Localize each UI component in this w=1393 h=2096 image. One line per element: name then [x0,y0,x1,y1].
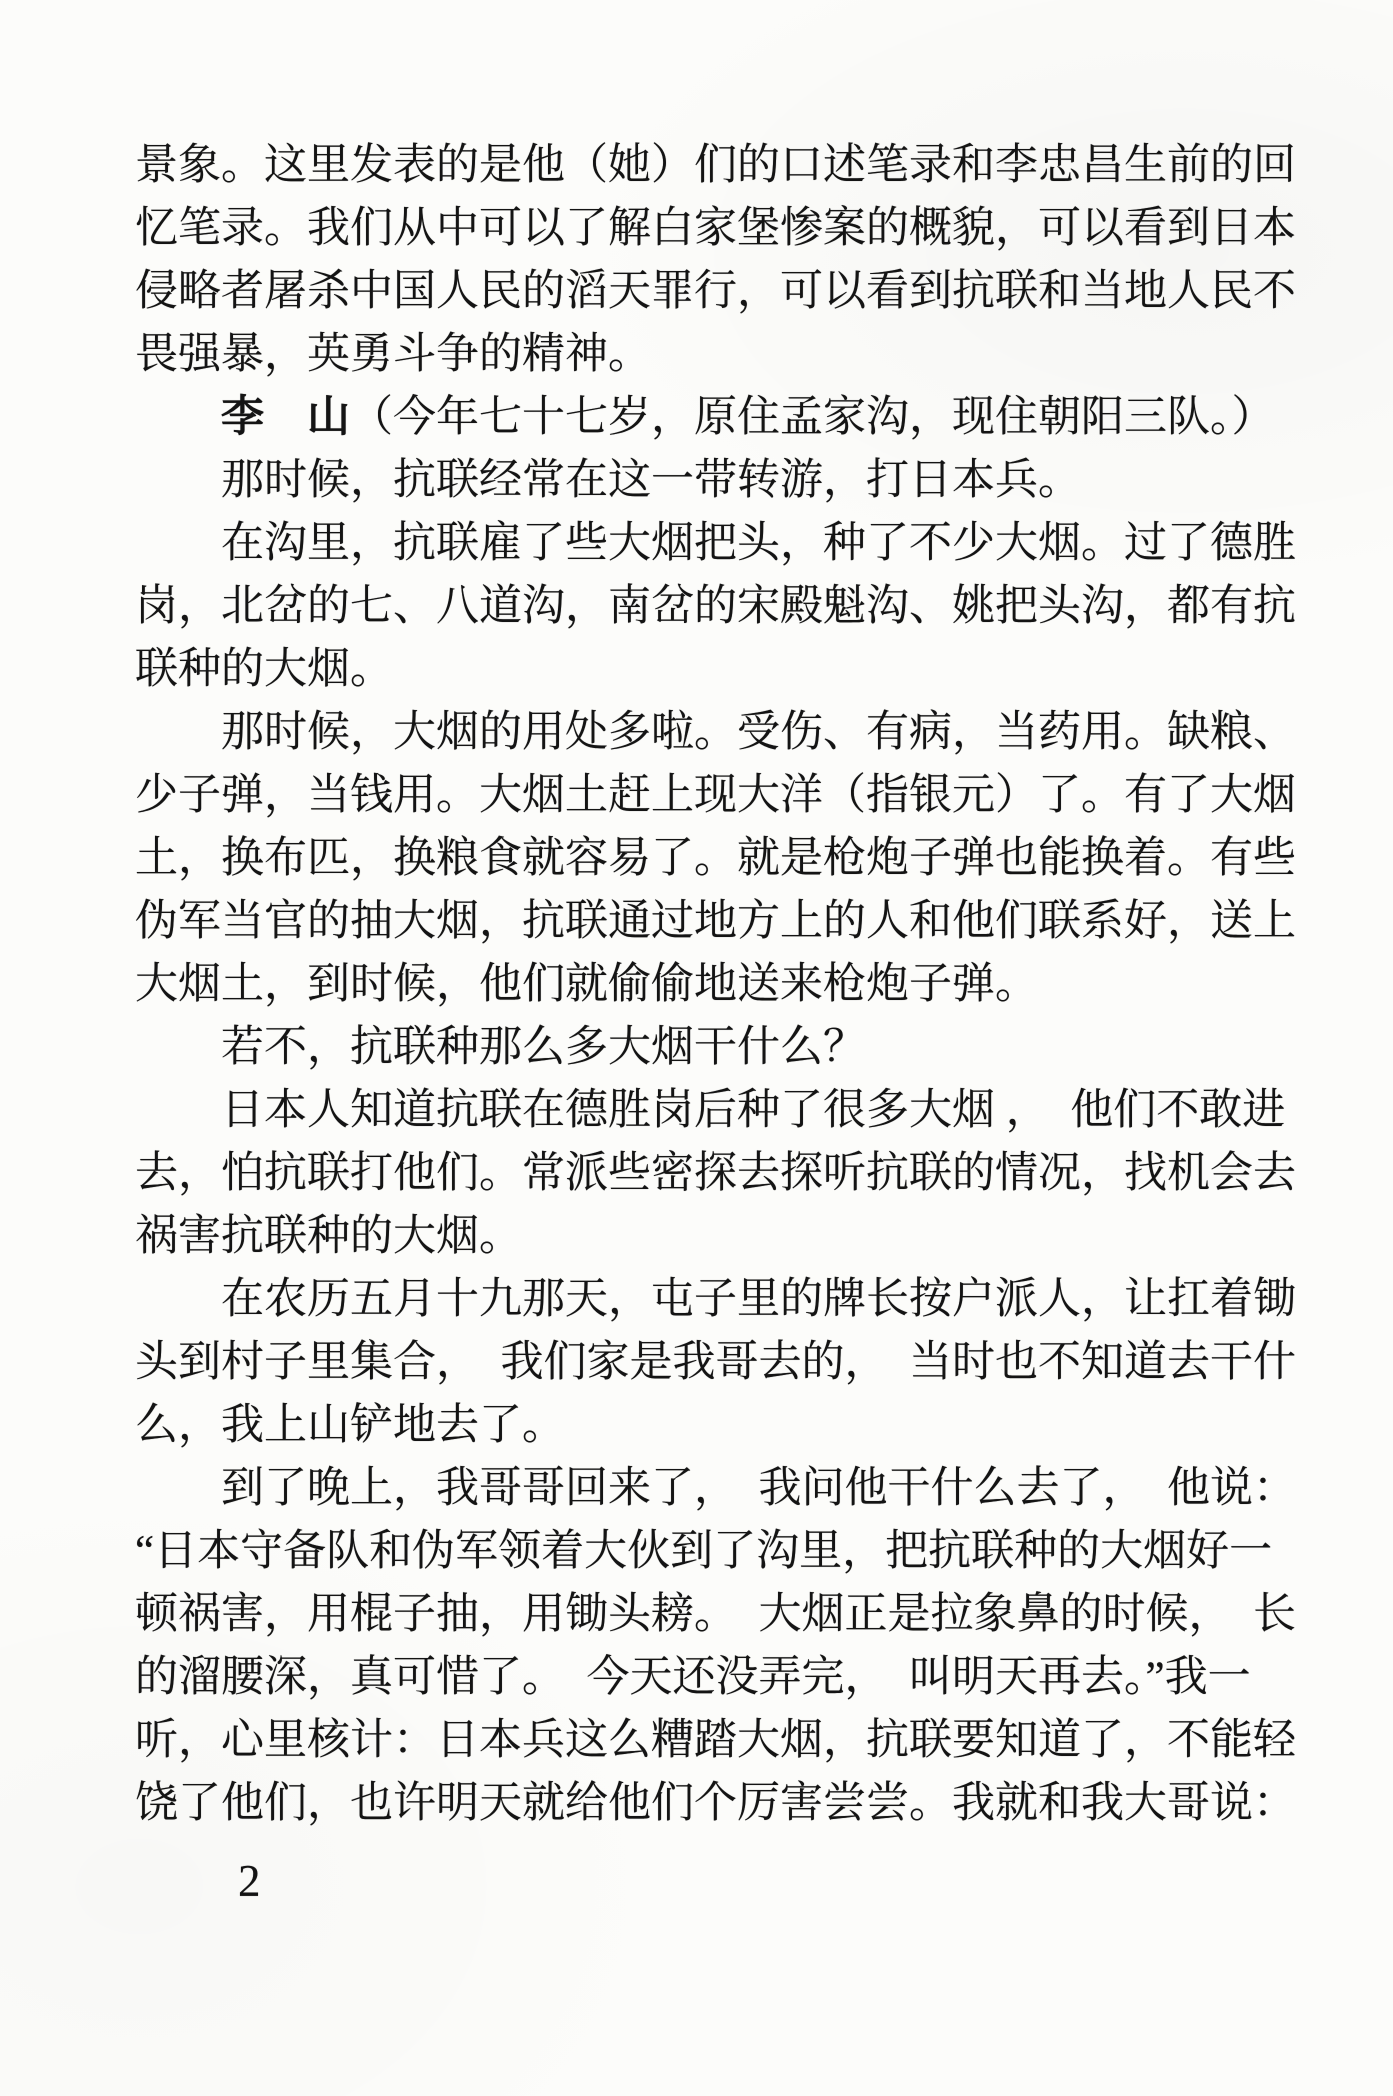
text-line: 大烟土，到时候，他们就偷偷地送来枪炮子弹。 [135,953,1310,1016]
text-line: 景象。这里发表的是他（她）们的口述笔录和李忠昌生前的回 [135,134,1310,197]
text-line: 到了晚上，我哥哥回来了， 我问他干什么去了， 他说： [135,1457,1310,1520]
text-line: 那时候，大烟的用处多啦。受伤、有病，当药用。缺粮、 [135,701,1310,764]
speaker-info: （今年七十七岁，原住孟家沟，现住朝阳三队。） [350,394,1275,441]
text-line: 饶了他们，也许明天就给他们个厉害尝尝。我就和我大哥说： [135,1772,1310,1835]
text-line: 伪军当官的抽大烟，抗联通过地方上的人和他们联系好，送上 [135,890,1310,953]
page-number: 2 [238,1851,261,1911]
text-line: 少子弹，当钱用。大烟土赶上现大洋（指银元）了。有了大烟 [135,764,1310,827]
text-line: 畏强暴，英勇斗争的精神。 [135,323,1310,386]
text-line: 若不，抗联种那么多大烟干什么？ [135,1016,1310,1079]
text-line: 祸害抗联种的大烟。 [135,1205,1310,1268]
speaker-line: 李 山（今年七十七岁，原住孟家沟，现住朝阳三队。） [135,386,1310,449]
scanned-page: 景象。这里发表的是他（她）们的口述笔录和李忠昌生前的回 忆笔录。我们从中可以了解… [0,0,1393,2096]
text-block: 景象。这里发表的是他（她）们的口述笔录和李忠昌生前的回 忆笔录。我们从中可以了解… [135,134,1310,1835]
text-line: 日本人知道抗联在德胜岗后种了很多大烟 ， 他们不敢进 [135,1079,1310,1142]
speaker-name: 李 山 [221,394,350,441]
text-line: 那时候，抗联经常在这一带转游，打日本兵。 [135,449,1310,512]
text-line: 联种的大烟。 [135,638,1310,701]
text-line: 么，我上山铲地去了。 [135,1394,1310,1457]
text-line: 岗，北岔的七、八道沟，南岔的宋殿魁沟、姚把头沟，都有抗 [135,575,1310,638]
text-line: 土，换布匹，换粮食就容易了。就是枪炮子弹也能换着。有些 [135,827,1310,890]
text-line: 侵略者屠杀中国人民的滔天罪行，可以看到抗联和当地人民不 [135,260,1310,323]
text-line: 忆笔录。我们从中可以了解白家堡惨案的概貌，可以看到日本 [135,197,1310,260]
text-line: 去，怕抗联打他们。常派些密探去探听抗联的情况，找机会去 [135,1142,1310,1205]
text-line: 的溜腰深，真可惜了。 今天还没弄完， 叫明天再去。”我一 [135,1646,1310,1709]
text-line: 头到村子里集合， 我们家是我哥去的， 当时也不知道去干什 [135,1331,1310,1394]
text-line: 听，心里核计：日本兵这么糟踏大烟，抗联要知道了，不能轻 [135,1709,1310,1772]
text-line: 在沟里，抗联雇了些大烟把头，种了不少大烟。过了德胜 [135,512,1310,575]
text-line: 在农历五月十九那天，屯子里的牌长按户派人，让扛着锄 [135,1268,1310,1331]
text-line: “日本守备队和伪军领着大伙到了沟里，把抗联种的大烟好一 [135,1520,1310,1583]
text-line: 顿祸害，用棍子抽，用锄头耪。 大烟正是拉象鼻的时候， 长 [135,1583,1310,1646]
